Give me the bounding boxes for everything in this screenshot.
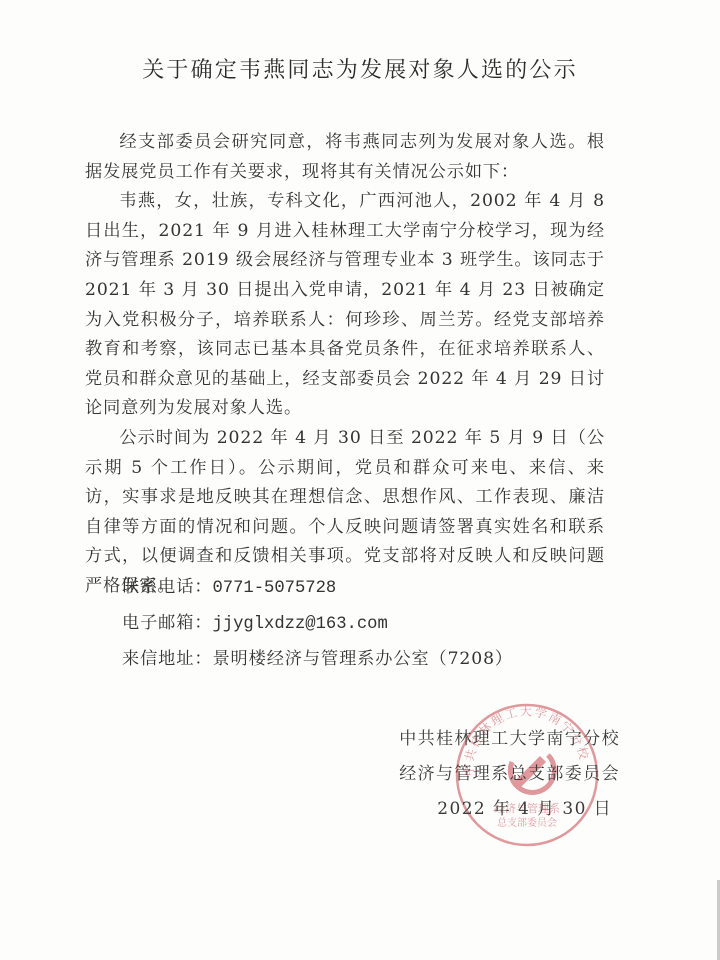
contact-info: 联系电话：0771-5075728 电子邮箱：jjyglxdzz@163.com… [122, 570, 513, 676]
signature-org-line1: 中共桂林理工大学南宁分校 [399, 722, 620, 757]
document-title: 关于确定韦燕同志为发展对象人选的公示 [0, 53, 720, 84]
paragraph-candidate-info: 韦燕，女，壮族，专科文化，广西河池人，2002 年 4 月 8 日出生，2021… [85, 187, 605, 424]
address-label: 来信地址： [122, 649, 212, 669]
contact-phone-row: 联系电话：0771-5075728 [122, 570, 513, 606]
signature-date: 2022 年 4 月 30 日 [399, 792, 620, 827]
document-body: 经支部委员会研究同意，将韦燕同志列为发展对象人选。根据发展党员工作有关要求，现将… [85, 128, 605, 602]
contact-address-row: 来信地址：景明楼经济与管理系办公室（7208） [122, 642, 513, 676]
phone-value: 0771-5075728 [212, 579, 336, 598]
contact-email-row: 电子邮箱：jjyglxdzz@163.com [122, 606, 513, 642]
phone-label: 联系电话： [122, 577, 212, 597]
paragraph-intro: 经支部委员会研究同意，将韦燕同志列为发展对象人选。根据发展党员工作有关要求，现将… [85, 128, 605, 187]
email-label: 电子邮箱： [122, 613, 212, 633]
email-value: jjyglxdzz@163.com [212, 615, 387, 634]
document-page: 关于确定韦燕同志为发展对象人选的公示 经支部委员会研究同意，将韦燕同志列为发展对… [0, 0, 720, 960]
signature-block: 中共桂林理工大学南宁分校 经济与管理系总支部委员会 2022 年 4 月 30 … [399, 722, 620, 827]
signature-org-line2: 经济与管理系总支部委员会 [399, 757, 620, 792]
address-value: 景明楼经济与管理系办公室（7208） [212, 649, 513, 669]
